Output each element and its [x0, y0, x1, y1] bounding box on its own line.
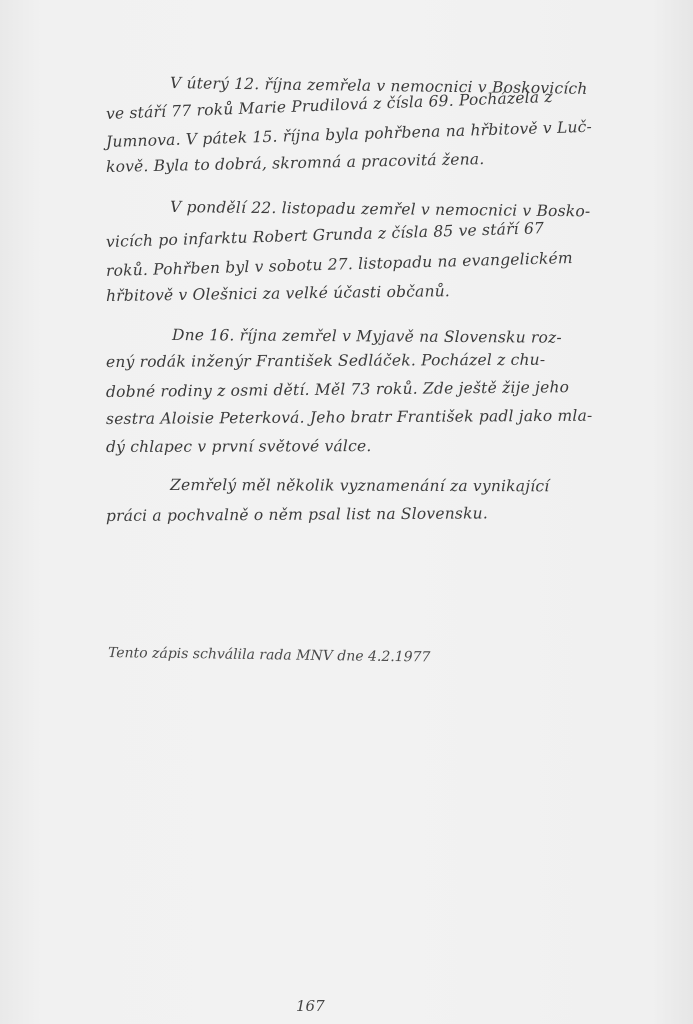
page-number: 167 [296, 997, 325, 1015]
paragraph-1-line-4: kově. Byla to dobrá, skromná a pracovitá… [106, 150, 485, 176]
paragraph-2-line-3: roků. Pohřben byl v sobotu 27. listopadu… [106, 249, 573, 280]
paragraph-2-line-2: vicích po infarktu Robert Grunda z čísla… [106, 219, 545, 251]
paragraph-3-line-3: dobné rodiny z osmi dětí. Měl 73 roků. Z… [106, 378, 569, 401]
paragraph-1-line-3: Jumnova. V pátek 15. října byla pohřbena… [106, 118, 593, 151]
handwritten-page: V úterý 12. října zemřela v nemocnici v … [0, 0, 693, 1024]
paragraph-3-line-2: ený rodák inženýr František Sedláček. Po… [106, 351, 545, 371]
paragraph-2-line-1: V pondělí 22. listopadu zemřel v nemocni… [170, 198, 591, 220]
paragraph-4-line-1: Zemřelý měl několik vyznamenání za vynik… [170, 476, 549, 495]
paragraph-4-line-2: práci a pochvalně o něm psal list na Slo… [106, 504, 488, 525]
paragraph-2-line-4: hřbitově v Olešnici za velké účasti obča… [106, 282, 450, 305]
paragraph-3-line-4: sestra Aloisie Peterková. Jeho bratr Fra… [106, 407, 593, 428]
paragraph-3-line-5: dý chlapec v první světové válce. [106, 437, 372, 456]
approval-note: Tento zápis schválila rada MNV dne 4.2.1… [108, 645, 431, 665]
paragraph-3-line-1: Dne 16. října zemřel v Myjavě na Slovens… [172, 326, 562, 347]
